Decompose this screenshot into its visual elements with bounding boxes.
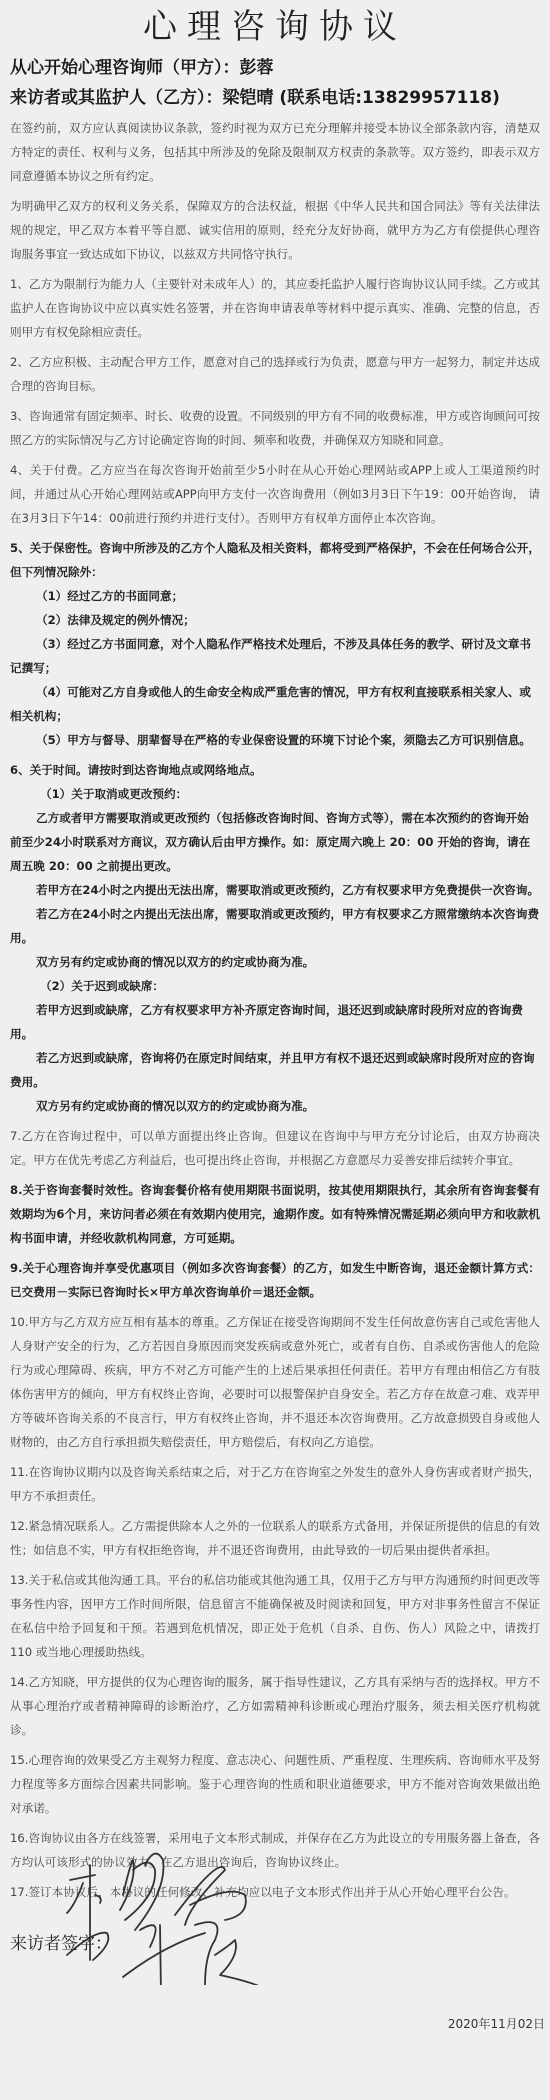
clause-6-sub1-item: 若乙方在24小时之内提出无法出席，需要取消或更改预约，甲方有权要求乙方照常缴纳本…: [10, 902, 540, 950]
clause-10: 10.甲方与乙方双方应互相有基本的尊重。乙方保证在接受咨询期间不发生任何故意伤害…: [10, 1310, 540, 1454]
party-a: 从心开始心理咨询师（甲方）：彭蓉: [10, 58, 540, 78]
clause-8: 8.关于咨询套餐时效性。咨询套餐价格有使用期限书面说明，按其使用期限执行，其余所…: [10, 1178, 540, 1250]
clause-6-sub1-title: （1）关于取消或更改预约：: [10, 782, 540, 806]
party-a-name: 彭蓉: [240, 58, 274, 78]
clause-6-intro: 6、关于时间。请按时到达咨询地点或网络地点。: [10, 758, 540, 782]
clause-14: 14.乙方知晓，甲方提供的仅为心理咨询的服务，属于指导性建议，乙方具有采纳与否的…: [10, 1670, 540, 1742]
clause-5-item: （5）甲方与督导、朋辈督导在严格的专业保密设置的环境下讨论个案，须隐去乙方可识别…: [10, 728, 540, 752]
clause-5-item: （2）法律及规定的例外情况；: [10, 608, 540, 632]
clause-6-sub1-item: 乙方或者甲方需要取消或更改预约（包括修改咨询时间、咨询方式等），需在本次预约的咨…: [10, 806, 540, 878]
preamble-paragraph: 为明确甲乙双方的权利义务关系，保障双方的合法权益，根据《中华人民共和国合同法》等…: [10, 194, 540, 266]
clause-5-intro: 5、关于保密性。咨询中所涉及的乙方个人隐私及相关资料，都将受到严格保护，不会在任…: [10, 536, 540, 584]
clause-9: 9.关于心理咨询并享受优惠项目（例如多次咨询套餐）的乙方，如发生中断咨询，退还金…: [10, 1256, 540, 1304]
clause-6-sub1-item: 若甲方在24小时之内提出无法出席，需要取消或更改预约，乙方有权要求甲方免费提供一…: [10, 878, 540, 902]
party-b-name: 梁铠晴: [223, 88, 274, 108]
agreement-page: 心理咨询协议 从心开始心理咨询师（甲方）：彭蓉 来访者或其监护人（乙方）：梁铠晴…: [0, 0, 550, 1956]
clause-1: 1、乙方为限制行为能力人（主要针对未成年人）的，其应委托监护人履行咨询协议认同手…: [10, 272, 540, 344]
clause-2: 2、乙方应积极、主动配合甲方工作，愿意对自己的选择或行为负责，愿意与甲方一起努力…: [10, 350, 540, 398]
clause-5-item: （3）经过乙方书面同意，对个人隐私作严格技术处理后，不涉及具体任务的教学、研讨及…: [10, 632, 540, 680]
party-b-phone: (联系电话:13829957118): [279, 88, 499, 108]
clause-5-item: （1）经过乙方的书面同意；: [10, 584, 540, 608]
signature-date: 2020年11月02日: [448, 2015, 545, 2032]
party-b-label: 来访者或其监护人（乙方）：: [10, 88, 223, 108]
clause-7: 7.乙方在咨询过程中，可以单方面提出终止咨询。但建议在咨询中与甲方充分讨论后，由…: [10, 1124, 540, 1172]
clause-13: 13.关于私信或其他沟通工具。平台的私信功能或其他沟通工具，仅用于乙方与甲方沟通…: [10, 1568, 540, 1664]
clause-12: 12.紧急情况联系人。乙方需提供除本人之外的一位联系人的联系方式备用，并保证所提…: [10, 1514, 540, 1562]
clause-5-item: （4）可能对乙方自身或他人的生命安全构成严重危害的情况，甲方有权利直接联系相关家…: [10, 680, 540, 728]
page-title: 心理咨询协议: [10, 0, 540, 50]
clause-6-sub2-title: （2）关于迟到或缺席：: [10, 974, 540, 998]
clause-6-sub2-item: 若乙方迟到或缺席，咨询将仍在原定时间结束，并且甲方有权不退还迟到或缺席时段所对应…: [10, 1046, 540, 1094]
clause-6-sub2-item: 若甲方迟到或缺席，乙方有权要求甲方补齐原定咨询时间，退还迟到或缺席时段所对应的咨…: [10, 998, 540, 1046]
clause-6-sub2-item: 双方另有约定或协商的情况以双方的约定或协商为准。: [10, 1094, 540, 1118]
preamble-paragraph: 在签约前，双方应认真阅读协议条款，签约时视为双方已充分理解并接受本协议全部条款内…: [10, 116, 540, 188]
clause-4: 4、关于付费。乙方应当在每次咨询开始前至少5小时在从心开始心理网站或APP上或人…: [10, 458, 540, 530]
party-a-label: 从心开始心理咨询师（甲方）：: [10, 58, 240, 78]
clause-6-sub1-item: 双方另有约定或协商的情况以双方的约定或协商为准。: [10, 950, 540, 974]
clause-11: 11.在咨询协议期内以及咨询关系结束之后，对于乙方在咨询室之外发生的意外人身伤害…: [10, 1460, 540, 1508]
party-b: 来访者或其监护人（乙方）：梁铠晴 (联系电话:13829957118): [10, 88, 540, 108]
clause-3: 3、咨询通常有固定频率、时长、收费的设置。不同级别的甲方有不同的收费标准，甲方或…: [10, 404, 540, 452]
handwritten-signature-icon: [55, 1835, 295, 1985]
clause-15: 15.心理咨询的效果受乙方主观努力程度、意志决心、问题性质、严重程度、生理疾病、…: [10, 1748, 540, 1820]
